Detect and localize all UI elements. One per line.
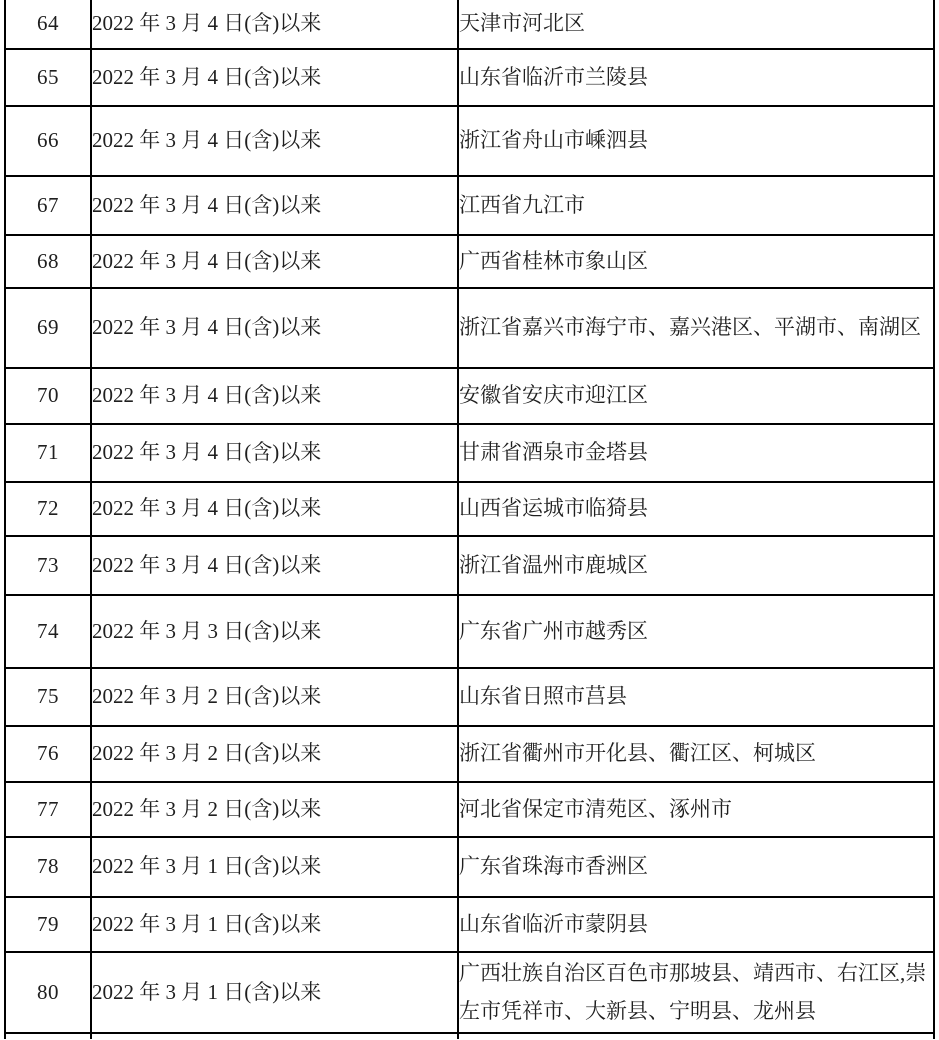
table-row: 802022 年 3 月 1 日(含)以来广西壮族自治区百色市那坡县、靖西市、右… <box>5 952 934 1033</box>
row-number-cell: 68 <box>5 235 91 288</box>
date-cell: 2022 年 3 月 4 日(含)以来 <box>91 536 458 595</box>
table-row: 682022 年 3 月 4 日(含)以来广西省桂林市象山区 <box>5 235 934 288</box>
row-number-cell: 76 <box>5 726 91 782</box>
table-row: 732022 年 3 月 4 日(含)以来浙江省温州市鹿城区 <box>5 536 934 595</box>
table-row: 722022 年 3 月 4 日(含)以来山西省运城市临猗县 <box>5 482 934 536</box>
row-number-cell: 65 <box>5 49 91 106</box>
table-row: 662022 年 3 月 4 日(含)以来浙江省舟山市嵊泗县 <box>5 106 934 176</box>
table-row: 792022 年 3 月 1 日(含)以来山东省临沂市蒙阴县 <box>5 897 934 952</box>
date-cell: 2022 年 3 月 4 日(含)以来 <box>91 0 458 49</box>
area-cell: 广东省广州市越秀区 <box>458 595 934 668</box>
row-number-cell: 73 <box>5 536 91 595</box>
date-cell: 2022 年 3 月 1 日(含)以来 <box>91 837 458 897</box>
row-number-cell: 67 <box>5 176 91 235</box>
region-table-body: 642022 年 3 月 4 日(含)以来天津市河北区652022 年 3 月 … <box>5 0 934 1033</box>
row-number-cell: 70 <box>5 368 91 424</box>
table-row: 752022 年 3 月 2 日(含)以来山东省日照市莒县 <box>5 668 934 726</box>
document-page: 642022 年 3 月 4 日(含)以来天津市河北区652022 年 3 月 … <box>0 0 939 1040</box>
table-row: 782022 年 3 月 1 日(含)以来广东省珠海市香洲区 <box>5 837 934 897</box>
row-number-cell <box>5 1033 91 1039</box>
row-number-cell: 74 <box>5 595 91 668</box>
area-cell: 浙江省嘉兴市海宁市、嘉兴港区、平湖市、南湖区 <box>458 288 934 368</box>
area-cell: 天津市河北区 <box>458 0 934 49</box>
row-number-cell: 64 <box>5 0 91 49</box>
table-row: 652022 年 3 月 4 日(含)以来山东省临沂市兰陵县 <box>5 49 934 106</box>
area-cell: 广西壮族自治区百色市那坡县、靖西市、右江区,崇左市凭祥市、大新县、宁明县、龙州县 <box>458 952 934 1033</box>
area-cell: 广东省珠海市香洲区 <box>458 837 934 897</box>
area-cell: 安徽省安庆市迎江区 <box>458 368 934 424</box>
date-cell: 2022 年 3 月 4 日(含)以来 <box>91 424 458 482</box>
row-number-cell: 80 <box>5 952 91 1033</box>
area-cell: 山西省运城市临猗县 <box>458 482 934 536</box>
table-row: 672022 年 3 月 4 日(含)以来江西省九江市 <box>5 176 934 235</box>
date-cell: 2022 年 3 月 3 日(含)以来 <box>91 595 458 668</box>
area-cell: 山东省临沂市兰陵县 <box>458 49 934 106</box>
row-number-cell: 69 <box>5 288 91 368</box>
table-row: 692022 年 3 月 4 日(含)以来浙江省嘉兴市海宁市、嘉兴港区、平湖市、… <box>5 288 934 368</box>
area-cell: 浙江省舟山市嵊泗县 <box>458 106 934 176</box>
region-date-table: 642022 年 3 月 4 日(含)以来天津市河北区652022 年 3 月 … <box>4 0 935 1039</box>
table-row-partial <box>5 1033 934 1039</box>
area-cell: 浙江省衢州市开化县、衢江区、柯城区 <box>458 726 934 782</box>
date-cell: 2022 年 3 月 4 日(含)以来 <box>91 482 458 536</box>
area-cell: 广西省桂林市象山区 <box>458 235 934 288</box>
row-number-cell: 66 <box>5 106 91 176</box>
area-cell: 甘肃省酒泉市金塔县 <box>458 424 934 482</box>
date-cell: 2022 年 3 月 4 日(含)以来 <box>91 176 458 235</box>
row-number-cell: 71 <box>5 424 91 482</box>
table-row: 772022 年 3 月 2 日(含)以来河北省保定市清苑区、涿州市 <box>5 782 934 837</box>
date-cell: 2022 年 3 月 2 日(含)以来 <box>91 668 458 726</box>
row-number-cell: 72 <box>5 482 91 536</box>
date-cell: 2022 年 3 月 2 日(含)以来 <box>91 782 458 837</box>
row-number-cell: 75 <box>5 668 91 726</box>
date-cell: 2022 年 3 月 4 日(含)以来 <box>91 288 458 368</box>
area-cell: 山东省临沂市蒙阴县 <box>458 897 934 952</box>
row-number-cell: 79 <box>5 897 91 952</box>
date-cell: 2022 年 3 月 2 日(含)以来 <box>91 726 458 782</box>
table-row: 642022 年 3 月 4 日(含)以来天津市河北区 <box>5 0 934 49</box>
area-cell: 江西省九江市 <box>458 176 934 235</box>
date-cell: 2022 年 3 月 1 日(含)以来 <box>91 897 458 952</box>
table-row: 712022 年 3 月 4 日(含)以来甘肃省酒泉市金塔县 <box>5 424 934 482</box>
row-number-cell: 78 <box>5 837 91 897</box>
table-row: 702022 年 3 月 4 日(含)以来安徽省安庆市迎江区 <box>5 368 934 424</box>
date-cell <box>91 1033 458 1039</box>
date-cell: 2022 年 3 月 4 日(含)以来 <box>91 368 458 424</box>
area-cell <box>458 1033 934 1039</box>
region-table-cutoff-body <box>5 1033 934 1039</box>
area-cell: 山东省日照市莒县 <box>458 668 934 726</box>
date-cell: 2022 年 3 月 4 日(含)以来 <box>91 49 458 106</box>
area-cell: 河北省保定市清苑区、涿州市 <box>458 782 934 837</box>
date-cell: 2022 年 3 月 1 日(含)以来 <box>91 952 458 1033</box>
row-number-cell: 77 <box>5 782 91 837</box>
date-cell: 2022 年 3 月 4 日(含)以来 <box>91 106 458 176</box>
date-cell: 2022 年 3 月 4 日(含)以来 <box>91 235 458 288</box>
area-cell: 浙江省温州市鹿城区 <box>458 536 934 595</box>
table-row: 762022 年 3 月 2 日(含)以来浙江省衢州市开化县、衢江区、柯城区 <box>5 726 934 782</box>
table-row: 742022 年 3 月 3 日(含)以来广东省广州市越秀区 <box>5 595 934 668</box>
